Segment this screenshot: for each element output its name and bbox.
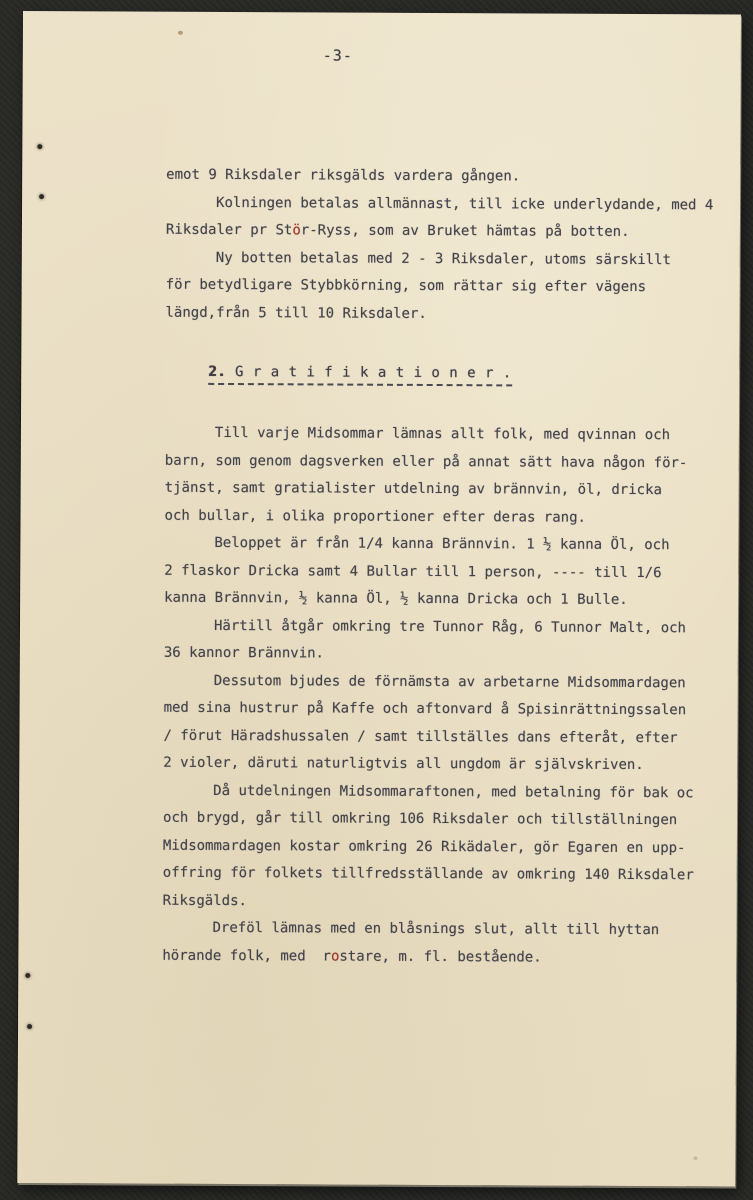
text-line: Riksgälds. (163, 887, 719, 917)
text-line: Kolningen betalas allmännast, till icke … (166, 189, 722, 219)
text-line: för betydligare Stybbkörning, som rättar… (166, 272, 722, 302)
photo-background: -3- emot 9 Riksdaler riksgälds vardera g… (0, 0, 753, 1200)
punch-hole (25, 973, 30, 978)
heading-title: G r a t i f i k a t i o n e r . (226, 364, 512, 381)
paper-speck (178, 31, 183, 35)
text-line: Dessutom bjudes de förnämsta av arbetarn… (164, 667, 720, 697)
text-line: längd,från 5 till 10 Riksdaler. (165, 299, 721, 329)
text-line: med sina hustrur på Kaffe och aftonvard … (164, 695, 720, 725)
text-block-main: Till varje Midsommar lämnas allt folk, m… (162, 420, 721, 973)
page-number: -3- (323, 46, 353, 64)
punch-hole (39, 194, 44, 199)
punch-hole (27, 1024, 32, 1029)
red-overstrike-char: ö (292, 222, 301, 238)
text-line: Härtill åtgår omkring tre Tunnor Råg, 6 … (164, 612, 720, 642)
text-line: hörande folk, med rostare, m. fl. beståe… (162, 942, 718, 972)
heading-number: 2. (208, 364, 226, 380)
text-line: 36 kannor Brännvin. (164, 640, 720, 670)
red-overstrike-char: o (331, 948, 340, 964)
text-line: Beloppet är från 1/4 kanna Brännvin. 1 ½… (164, 530, 720, 560)
text-line: 2 violer, däruti naturligtvis all ungdom… (163, 750, 719, 780)
text-line: Ny botten betalas med 2 - 3 Riksdaler, u… (166, 244, 722, 274)
text-line: Dreföl lämnas med en blåsnings slut, all… (162, 915, 718, 945)
text-line: kanna Brännvin, ½ kanna Öl, ½ kanna Dric… (164, 585, 720, 615)
text-line: Midsommardagen kostar omkring 26 Rikädal… (163, 832, 719, 862)
text-line: Riksdaler pr Stör-Ryss, som av Bruket hä… (166, 217, 722, 247)
paper-speck (693, 1156, 697, 1160)
text-line: Då utdelningen Midsommaraftonen, med bet… (163, 777, 719, 807)
text-line: och bullar, i olika proportioner efter d… (164, 502, 720, 532)
text-block-top: emot 9 Riksdaler riksgälds vardera gånge… (165, 162, 722, 330)
section-heading: 2. G r a t i f i k a t i o n e r . (208, 364, 512, 386)
text-line: 2 flaskor Dricka samt 4 Bullar till 1 pe… (164, 557, 720, 587)
text-line: och brygd, går till omkring 106 Riksdale… (163, 805, 719, 835)
text-line: emot 9 Riksdaler riksgälds vardera gånge… (166, 162, 722, 192)
text-line: Till varje Midsommar lämnas allt folk, m… (165, 420, 721, 450)
punch-hole (37, 144, 42, 149)
text-line: / förut Häradshussalen / samt tillställe… (163, 722, 719, 752)
text-line: offring för folkets tillfredsställande a… (163, 860, 719, 890)
document-page: -3- emot 9 Riksdaler riksgälds vardera g… (17, 11, 741, 1186)
text-line: barn, som genom dagsverken eller på anna… (165, 447, 721, 477)
text-line: tjänst, samt gratialister utdelning av b… (165, 475, 721, 505)
